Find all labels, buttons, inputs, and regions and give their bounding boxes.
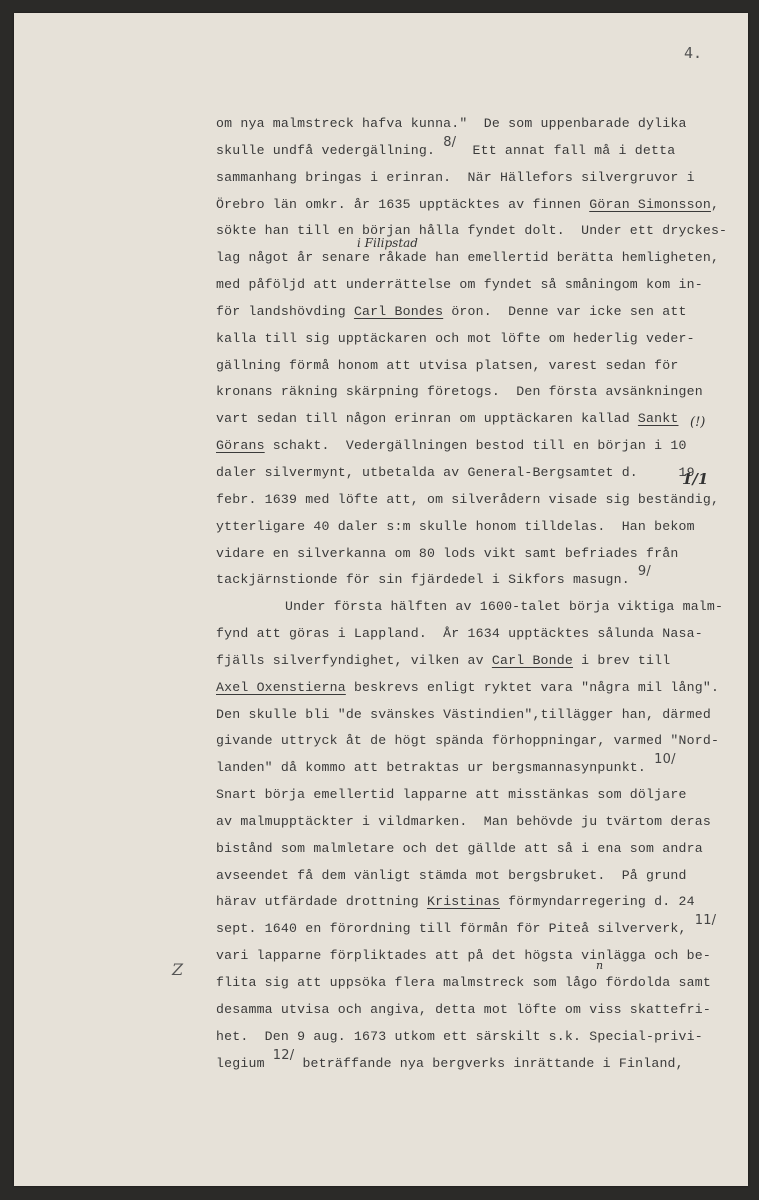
line-text: daler silvermynt, utbetalda av General-B… bbox=[216, 465, 695, 480]
text-line: flita sig att uppsöka flera malmstreck s… bbox=[216, 970, 746, 997]
typewritten-body: om nya malmstreck hafva kunna." De som u… bbox=[216, 111, 746, 1077]
line-text: bistånd som malmletare och det gällde at… bbox=[216, 841, 703, 856]
page-number: 4. bbox=[684, 44, 702, 62]
text-line: Snart börja emellertid lapparne att miss… bbox=[216, 782, 746, 809]
line-text: om nya malmstreck hafva kunna." De som u… bbox=[216, 116, 687, 131]
text-line: skulle undfå vedergällning. 8/ Ett annat… bbox=[216, 138, 746, 165]
line-text: vidare en silverkanna om 80 lods vikt sa… bbox=[216, 546, 679, 561]
footnote-ref: 10/ bbox=[654, 752, 676, 767]
line-text: sept. 1640 en förordning till förmån för… bbox=[216, 921, 695, 936]
underlined-name: Sankt bbox=[638, 411, 679, 426]
line-text: av malmupptäckter i vildmarken. Man behö… bbox=[216, 814, 711, 829]
text-line: landen" då kommo att betraktas ur bergsm… bbox=[216, 755, 746, 782]
underlined-name: Göran Simonsson bbox=[589, 197, 711, 212]
text-line: av malmupptäckter i vildmarken. Man behö… bbox=[216, 809, 746, 836]
line-text: ytterligare 40 daler s:m skulle honom ti… bbox=[216, 519, 695, 534]
text-line: lag något år senare råkade han emellerti… bbox=[216, 245, 746, 272]
text-line: för landshövding Carl Bondes öron. Denne… bbox=[216, 299, 746, 326]
line-text: Örebro län omkr. år 1635 upptäcktes av f… bbox=[216, 197, 589, 212]
text-line: vari lapparne förpliktades att på det hö… bbox=[216, 943, 746, 970]
text-line: om nya malmstreck hafva kunna." De som u… bbox=[216, 111, 746, 138]
text-line: fynd att göras i Lappland. År 1634 upptä… bbox=[216, 621, 746, 648]
line-text: desamma utvisa och angiva, detta mot löf… bbox=[216, 1002, 711, 1017]
line-text: Snart börja emellertid lapparne att miss… bbox=[216, 787, 687, 802]
line-text: härav utfärdade drottning bbox=[216, 894, 427, 909]
line-text: beträffande nya bergverks inrättande i F… bbox=[294, 1056, 683, 1071]
footnote-ref: 12/ bbox=[273, 1048, 295, 1063]
line-text: vari lapparne förpliktades att på det hö… bbox=[216, 948, 711, 963]
underlined-name: Carl Bondes bbox=[354, 304, 443, 319]
line-text: landen" då kommo att betraktas ur bergsm… bbox=[216, 760, 654, 775]
line-text: schakt. Vedergällningen bestod till en b… bbox=[265, 438, 687, 453]
text-line: het. Den 9 aug. 1673 utkom ett särskilt … bbox=[216, 1024, 746, 1051]
line-text: legium bbox=[216, 1056, 273, 1071]
line-text: lag något år senare råkade han emellerti… bbox=[216, 250, 719, 265]
text-line-paragraph-start: Under första hälften av 1600-talet börja… bbox=[216, 594, 746, 621]
line-text: tackjärnstionde för sin fjärdedel i Sikf… bbox=[216, 572, 638, 587]
line-text: givande uttryck åt de högt spända förhop… bbox=[216, 733, 719, 748]
line-text: vart sedan till någon erinran om upptäck… bbox=[216, 411, 638, 426]
line-text: gällning förmå honom att utvisa platsen,… bbox=[216, 358, 679, 373]
footnote-ref: 8/ bbox=[443, 135, 456, 150]
line-text: febr. 1639 med löfte att, om silverådern… bbox=[216, 492, 719, 507]
text-line: Görans schakt. Vedergällningen bestod ti… bbox=[216, 433, 746, 460]
line-text: skulle undfå vedergällning. bbox=[216, 143, 443, 158]
text-line: Den skulle bli "de svänskes Västindien",… bbox=[216, 702, 746, 729]
text-line: sökte han till en början hålla fyndet do… bbox=[216, 218, 746, 245]
text-line: med påföljd att underrättelse om fyndet … bbox=[216, 272, 746, 299]
line-text: sökte han till en början hålla fyndet do… bbox=[216, 223, 727, 238]
handwritten-exclamation-mark: (!) bbox=[690, 415, 705, 430]
text-line: Örebro län omkr. år 1635 upptäcktes av f… bbox=[216, 192, 746, 219]
text-line: fjälls silverfyndighet, vilken av Carl B… bbox=[216, 648, 746, 675]
text-line: härav utfärdade drottning Kristinas förm… bbox=[216, 889, 746, 916]
text-line: febr. 1639 med löfte att, om silverådern… bbox=[216, 487, 746, 514]
text-line: sammanhang bringas i erinran. När Hällef… bbox=[216, 165, 746, 192]
margin-mark: Z bbox=[172, 960, 183, 979]
line-text: avseendet få dem vänligt stämda mot berg… bbox=[216, 868, 687, 883]
text-line: bistånd som malmletare och det gällde at… bbox=[216, 836, 746, 863]
handwritten-letter-insert: n bbox=[596, 959, 603, 972]
line-text: kalla till sig upptäckaren och mot löfte… bbox=[216, 331, 695, 346]
text-line: kronans räkning skärpning företogs. Den … bbox=[216, 379, 746, 406]
handwritten-date-correction: 1/1 bbox=[682, 470, 708, 488]
line-text: , bbox=[711, 197, 719, 212]
handwritten-insert-filipstad: i Filipstad bbox=[357, 236, 418, 250]
text-line: sept. 1640 en förordning till förmån för… bbox=[216, 916, 746, 943]
text-line: desamma utvisa och angiva, detta mot löf… bbox=[216, 997, 746, 1024]
underlined-name: Görans bbox=[216, 438, 265, 453]
text-line: vidare en silverkanna om 80 lods vikt sa… bbox=[216, 541, 746, 568]
text-line: avseendet få dem vänligt stämda mot berg… bbox=[216, 863, 746, 890]
text-line: daler silvermynt, utbetalda av General-B… bbox=[216, 460, 746, 487]
line-text: Ett annat fall må i detta bbox=[456, 143, 675, 158]
line-text: för landshövding bbox=[216, 304, 354, 319]
underlined-name: Axel Oxenstierna bbox=[216, 680, 346, 695]
line-text: i brev till bbox=[573, 653, 670, 668]
text-line: legium 12/ beträffande nya bergverks inr… bbox=[216, 1051, 746, 1078]
line-text: med påföljd att underrättelse om fyndet … bbox=[216, 277, 703, 292]
line-text: sammanhang bringas i erinran. När Hällef… bbox=[216, 170, 695, 185]
text-line: vart sedan till någon erinran om upptäck… bbox=[216, 406, 746, 433]
line-text: Den skulle bli "de svänskes Västindien",… bbox=[216, 707, 711, 722]
text-line: kalla till sig upptäckaren och mot löfte… bbox=[216, 326, 746, 353]
line-text: öron. Denne var icke sen att bbox=[443, 304, 686, 319]
text-line: ytterligare 40 daler s:m skulle honom ti… bbox=[216, 514, 746, 541]
footnote-ref: 11/ bbox=[695, 913, 717, 928]
footnote-ref: 9/ bbox=[638, 564, 651, 579]
line-text: het. Den 9 aug. 1673 utkom ett särskilt … bbox=[216, 1029, 703, 1044]
line-text: Under första hälften av 1600-talet börja… bbox=[285, 599, 723, 614]
line-text: fjälls silverfyndighet, vilken av bbox=[216, 653, 492, 668]
text-line: tackjärnstionde för sin fjärdedel i Sikf… bbox=[216, 567, 746, 594]
line-text: fynd att göras i Lappland. År 1634 upptä… bbox=[216, 626, 703, 641]
text-line: gällning förmå honom att utvisa platsen,… bbox=[216, 353, 746, 380]
line-text: beskrevs enligt ryktet vara "några mil l… bbox=[346, 680, 719, 695]
underlined-name: Carl Bonde bbox=[492, 653, 573, 668]
line-text: kronans räkning skärpning företogs. Den … bbox=[216, 384, 703, 399]
line-text: förmyndarregering d. 24 bbox=[500, 894, 695, 909]
line-text: flita sig att uppsöka flera malmstreck s… bbox=[216, 975, 711, 990]
underlined-name: Kristinas bbox=[427, 894, 500, 909]
text-line: Axel Oxenstierna beskrevs enligt ryktet … bbox=[216, 675, 746, 702]
